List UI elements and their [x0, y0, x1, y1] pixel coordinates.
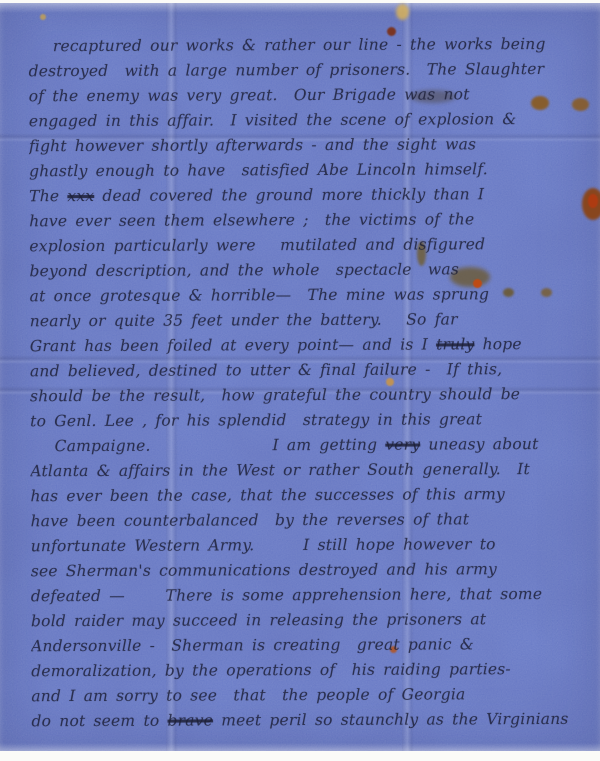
letter-line: The xxx dead covered the ground more thi… — [29, 182, 593, 209]
letter-line: ghastly enough to have satisfied Abe Lin… — [29, 157, 593, 184]
letter-line: have been counterbalanced by the reverse… — [31, 507, 595, 534]
letter-line: Grant has been foiled at every point— an… — [30, 332, 594, 359]
letter-text: recaptured our works & rather our line -… — [28, 32, 595, 742]
letter-line: defeated — There is some apprehension he… — [31, 582, 595, 609]
letter-line: to Genl. Lee , for his splendid strategy… — [30, 407, 594, 434]
letter-line: destroyed with a large number of prisone… — [29, 57, 593, 84]
paper-top-edge-highlight — [0, 3, 600, 13]
letter-line: and I am sorry to see that the people of… — [31, 682, 595, 709]
letter-line: and believed, destined to utter & final … — [30, 357, 594, 384]
letter-line: do not seem to brave meet peril so staun… — [31, 707, 595, 734]
letter-line: have ever seen them elsewhere ; the vict… — [29, 207, 593, 234]
paper-stain — [40, 14, 46, 20]
letter-line: demoralization, by the operations of his… — [31, 657, 595, 684]
letter-scan: recaptured our works & rather our line -… — [0, 0, 600, 761]
letter-line: has ever been the case, that the success… — [30, 482, 594, 509]
letter-line: Campaigne. I am getting very uneasy abou… — [30, 432, 594, 459]
letter-line: unfortunate Western Army. I still hope h… — [31, 532, 595, 559]
letter-line: should be the result, how grateful the c… — [30, 382, 594, 409]
letter-line: fight however shortly afterwards - and t… — [29, 132, 593, 159]
letter-line: nearly or quite 35 feet under the batter… — [30, 307, 594, 334]
letter-line: beyond description, and the whole specta… — [29, 257, 593, 284]
letter-line: engaged in this affair. I visited the sc… — [29, 107, 593, 134]
letter-line: of the enemy was very great. Our Brigade… — [29, 82, 593, 109]
letter-line: Atlanta & affairs in the West or rather … — [30, 457, 594, 484]
letter-line: explosion particularly were mutilated an… — [29, 232, 593, 259]
letter-line: recaptured our works & rather our line -… — [28, 32, 592, 59]
letter-line: Andersonville - Sherman is creating grea… — [31, 632, 595, 659]
letter-line: at once grotesque & horrible— The mine w… — [30, 282, 594, 309]
letter-line: bold raider may succeed in releasing the… — [31, 607, 595, 634]
letter-line: see Sherman's communications destroyed a… — [31, 557, 595, 584]
paper-bottom-edge-highlight — [0, 743, 600, 751]
letter-paper-sheet: recaptured our works & rather our line -… — [0, 3, 600, 751]
